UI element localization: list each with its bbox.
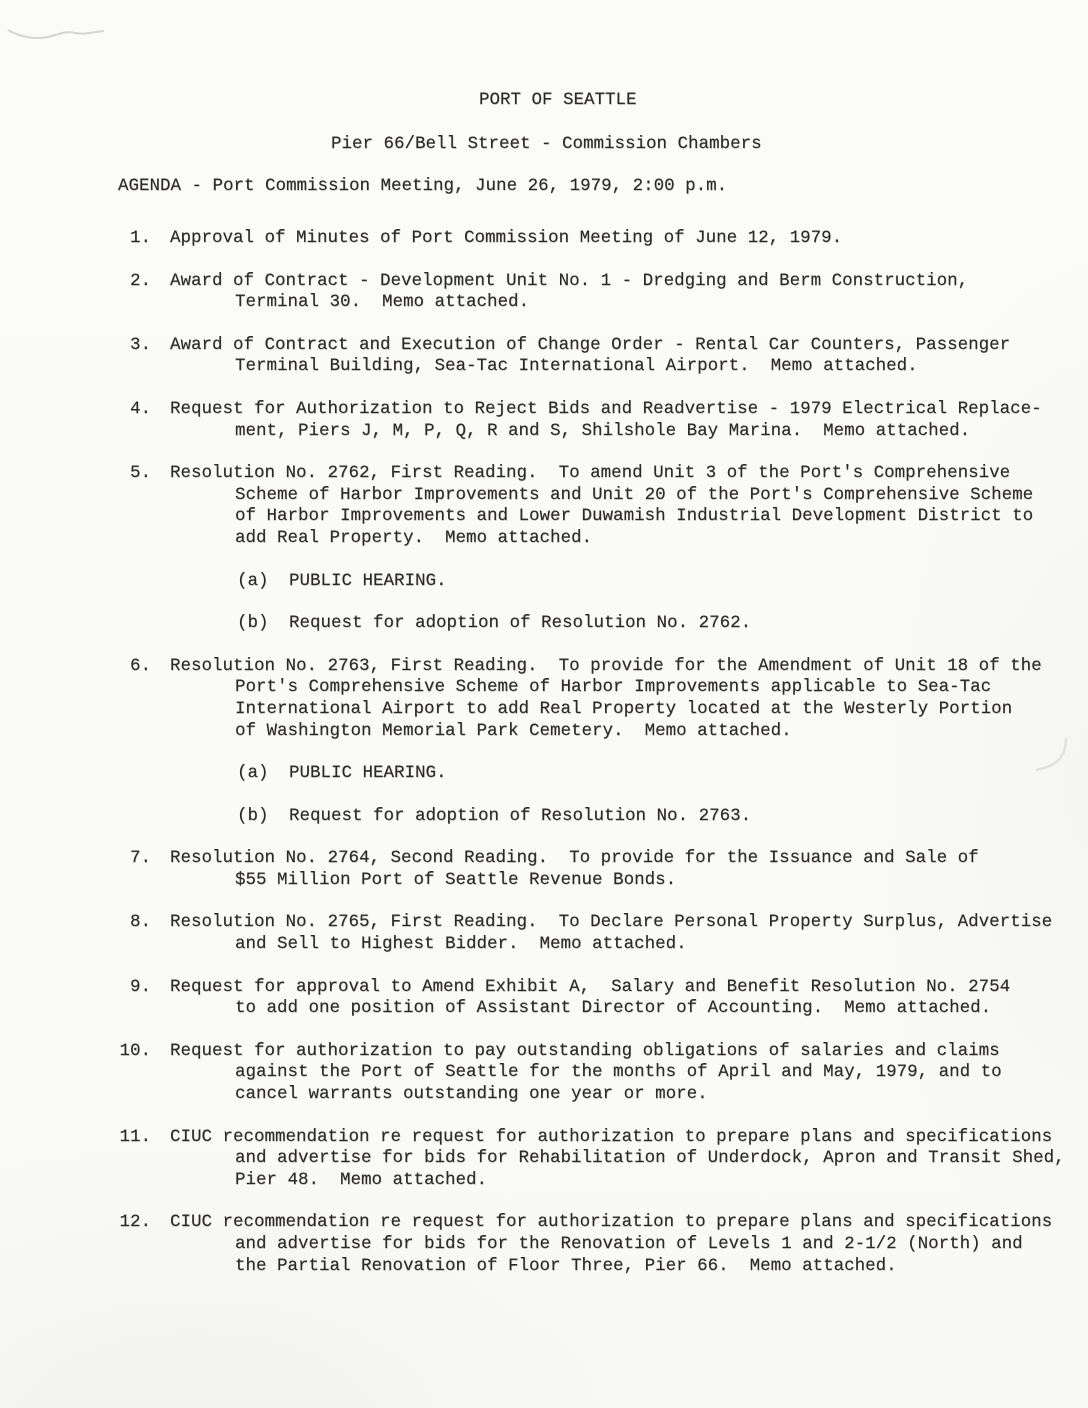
item-line: International Airport to add Real Proper…	[235, 699, 1073, 721]
item-number: 11.	[118, 1127, 151, 1147]
item-number: 9.	[118, 977, 151, 997]
item-line: Terminal 30. Memo attached.	[235, 292, 1073, 314]
agenda-item: 9.Request for approval to Amend Exhibit …	[118, 977, 1073, 1020]
item-number: 5.	[118, 463, 151, 483]
agenda-subitem: (a)PUBLIC HEARING.	[237, 571, 1073, 593]
item-line: Resolution No. 2762, First Reading. To a…	[170, 463, 1073, 485]
subitem-text: Request for adoption of Resolution No. 2…	[289, 806, 751, 826]
item-line: and Sell to Highest Bidder. Memo attache…	[235, 934, 1073, 956]
item-line: the Partial Renovation of Floor Three, P…	[235, 1256, 1073, 1278]
item-number: 8.	[118, 912, 151, 932]
agenda-item: 7.Resolution No. 2764, Second Reading. T…	[118, 848, 1073, 891]
item-number: 3.	[118, 335, 151, 355]
item-line: against the Port of Seattle for the mont…	[235, 1062, 1073, 1084]
item-line: ment, Piers J, M, P, Q, R and S, Shilsho…	[235, 421, 1073, 443]
subitem-text: Request for adoption of Resolution No. 2…	[289, 613, 751, 633]
subitem-label: (b)	[237, 806, 289, 828]
pencil-mark	[4, 18, 114, 48]
agenda-subitem: (a)PUBLIC HEARING.	[237, 763, 1073, 785]
item-number: 1.	[118, 228, 151, 248]
item-number: 2.	[118, 271, 151, 291]
item-line: of Harbor Improvements and Lower Duwamis…	[235, 506, 1073, 528]
agenda-item: 2.Award of Contract - Development Unit N…	[118, 271, 1073, 314]
document-title: PORT OF SEATTLE	[479, 90, 637, 110]
item-line: add Real Property. Memo attached.	[235, 528, 1073, 550]
agenda-heading: AGENDA - Port Commission Meeting, June 2…	[118, 176, 727, 196]
subitem-text: PUBLIC HEARING.	[289, 763, 447, 783]
item-number: 10.	[118, 1041, 151, 1061]
item-line: Port's Comprehensive Scheme of Harbor Im…	[235, 677, 1073, 699]
agenda-item: 12.CIUC recommendation re request for au…	[118, 1212, 1073, 1277]
item-line: Award of Contract - Development Unit No.…	[170, 271, 1073, 293]
item-line: and advertise for bids for the Renovatio…	[235, 1234, 1073, 1256]
item-line: Approval of Minutes of Port Commission M…	[170, 228, 1073, 250]
agenda-item: 6.Resolution No. 2763, First Reading. To…	[118, 656, 1073, 742]
item-line: cancel warrants outstanding one year or …	[235, 1084, 1073, 1106]
agenda-subitem: (b)Request for adoption of Resolution No…	[237, 806, 1073, 828]
item-line: Terminal Building, Sea-Tac International…	[235, 356, 1073, 378]
item-line: CIUC recommendation re request for autho…	[170, 1212, 1073, 1234]
agenda-subitem: (b)Request for adoption of Resolution No…	[237, 613, 1073, 635]
item-line: Resolution No. 2765, First Reading. To D…	[170, 912, 1073, 934]
agenda-item: 1.Approval of Minutes of Port Commission…	[118, 228, 1073, 250]
item-line: Request for Authorization to Reject Bids…	[170, 399, 1073, 421]
agenda-item: 10.Request for authorization to pay outs…	[118, 1041, 1073, 1106]
agenda-item: 4.Request for Authorization to Reject Bi…	[118, 399, 1073, 442]
item-number: 12.	[118, 1212, 151, 1232]
agenda-item: 3.Award of Contract and Execution of Cha…	[118, 335, 1073, 378]
item-line: and advertise for bids for Rehabilitatio…	[235, 1148, 1073, 1170]
item-number: 4.	[118, 399, 151, 419]
item-line: $55 Million Port of Seattle Revenue Bond…	[235, 870, 1073, 892]
document-subtitle: Pier 66/Bell Street - Commission Chamber…	[331, 134, 762, 154]
item-line: of Washington Memorial Park Cemetery. Me…	[235, 721, 1073, 743]
item-line: Scheme of Harbor Improvements and Unit 2…	[235, 485, 1073, 507]
item-line: CIUC recommendation re request for autho…	[170, 1127, 1073, 1149]
item-line: Request for approval to Amend Exhibit A,…	[170, 977, 1073, 999]
agenda-item: 8.Resolution No. 2765, First Reading. To…	[118, 912, 1073, 955]
scanned-agenda-page: PORT OF SEATTLE Pier 66/Bell Street - Co…	[0, 0, 1088, 1408]
item-line: Pier 48. Memo attached.	[235, 1170, 1073, 1192]
item-line: Award of Contract and Execution of Chang…	[170, 335, 1073, 357]
item-line: Request for authorization to pay outstan…	[170, 1041, 1073, 1063]
item-number: 7.	[118, 848, 151, 868]
subitem-label: (a)	[237, 763, 289, 785]
item-line: Resolution No. 2764, Second Reading. To …	[170, 848, 1073, 870]
subitem-text: PUBLIC HEARING.	[289, 571, 447, 591]
item-line: Resolution No. 2763, First Reading. To p…	[170, 656, 1073, 678]
subitem-label: (a)	[237, 571, 289, 593]
subitem-label: (b)	[237, 613, 289, 635]
agenda-item: 5.Resolution No. 2762, First Reading. To…	[118, 463, 1073, 549]
item-number: 6.	[118, 656, 151, 676]
agenda-item: 11.CIUC recommendation re request for au…	[118, 1127, 1073, 1192]
item-line: to add one position of Assistant Directo…	[235, 998, 1073, 1020]
agenda-item-list: 1.Approval of Minutes of Port Commission…	[118, 228, 1073, 1298]
